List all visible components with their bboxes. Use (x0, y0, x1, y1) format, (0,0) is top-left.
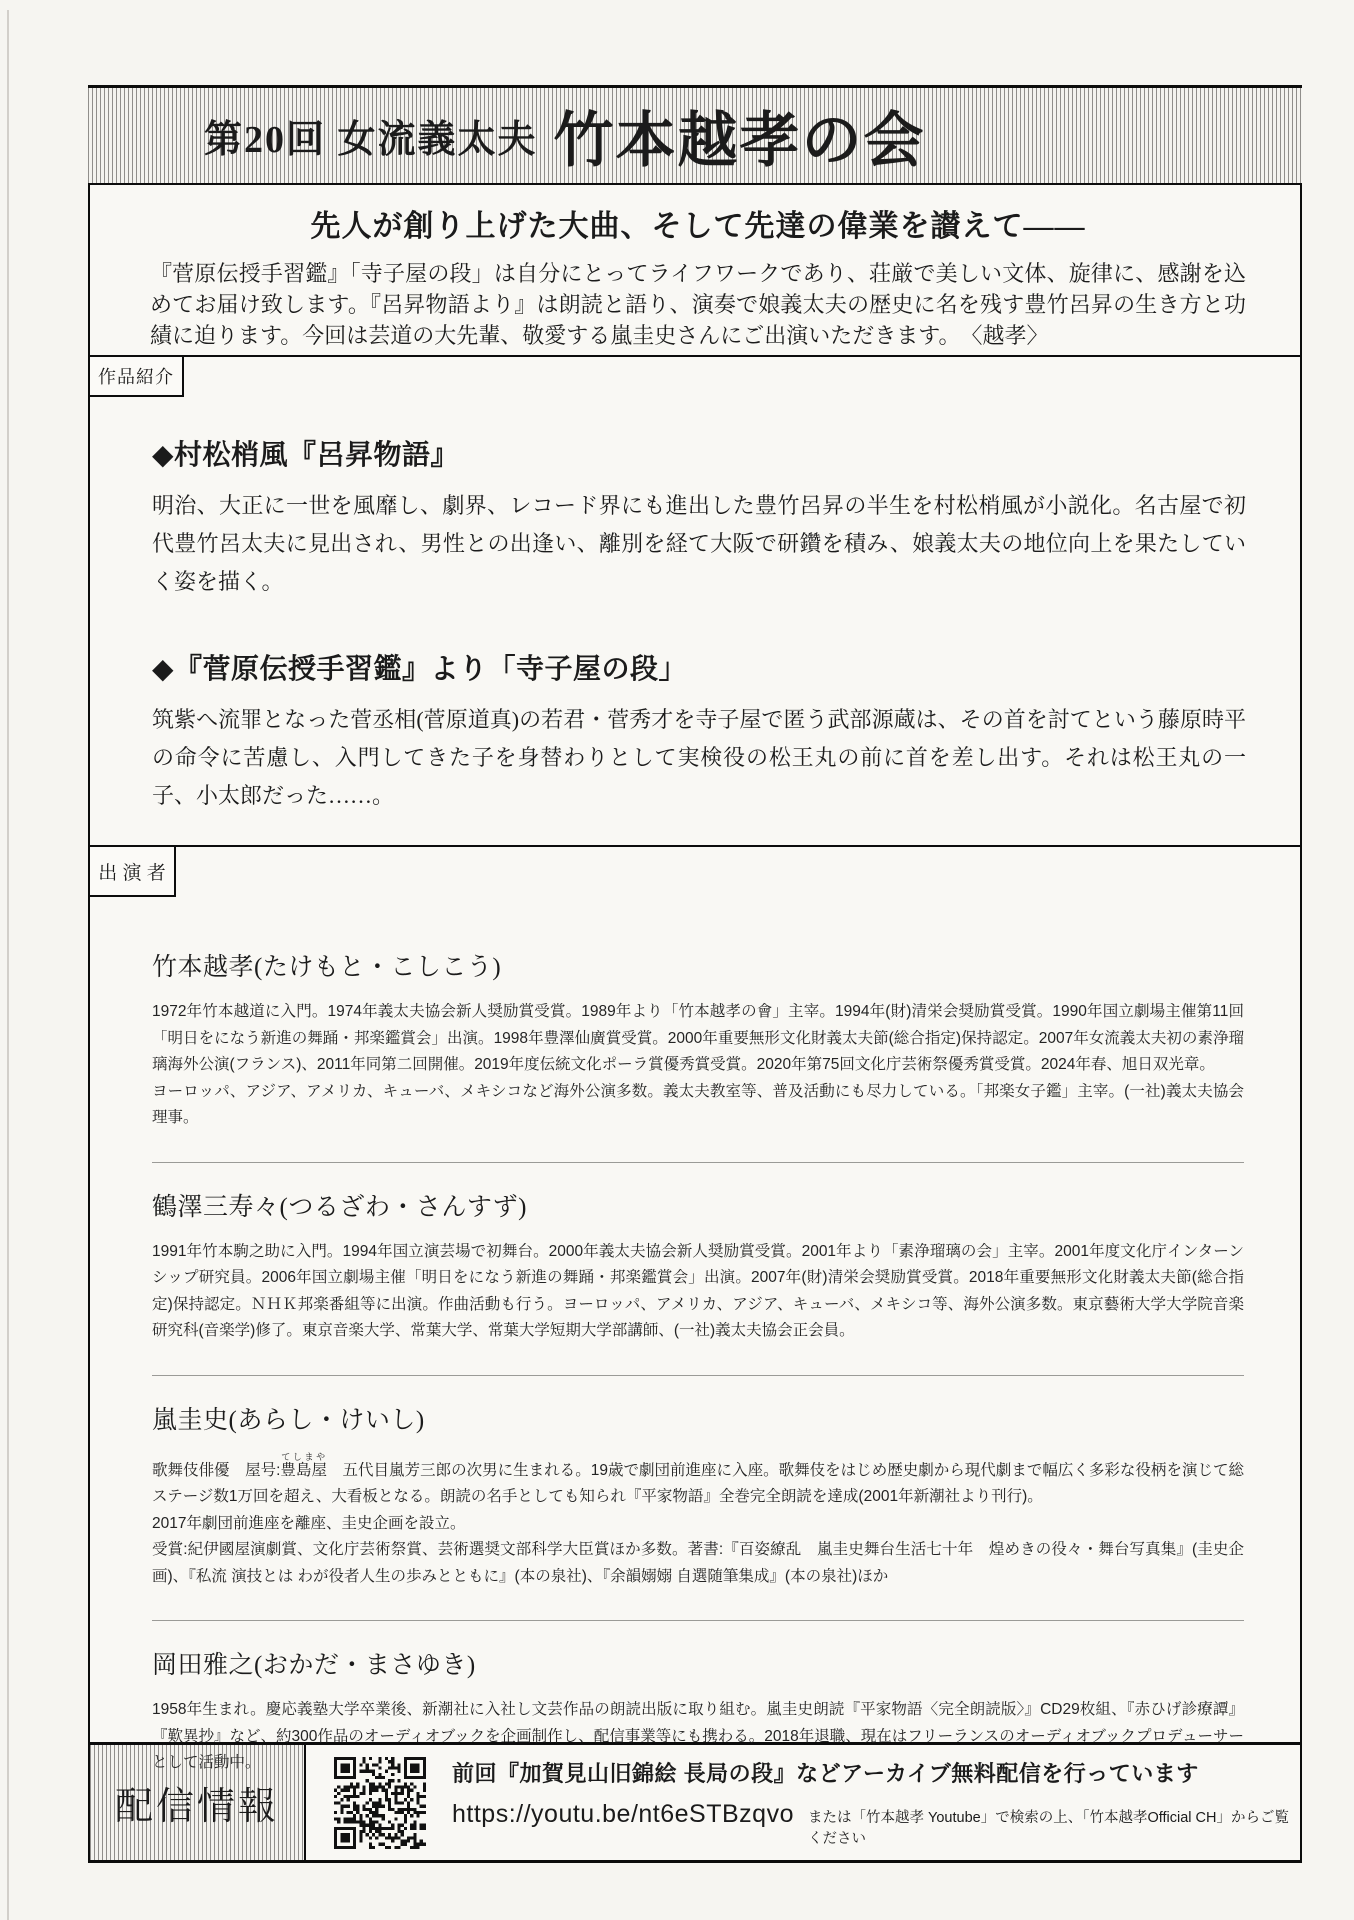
footer-search-hint: または「竹本越孝 Youtube」で検索の上、「竹本越孝Official CH」… (808, 1806, 1300, 1848)
scan-edge-line (7, 10, 9, 1920)
performer-bio-paragraph: 2017年劇団前進座を離座、圭史企画を設立。 (152, 1511, 1244, 1538)
performer-bio: 1958年生まれ。慶応義塾大学卒業後、新潮社に入社し文芸作品の朗読出版に取り組む… (152, 1697, 1244, 1777)
work-description: 明治、大正に一世を風靡し、劇界、レコード界にも進出した豊竹呂昇の半生を村松梢風が… (152, 487, 1246, 601)
intro-body: 『菅原伝授手習鑑』「寺子屋の段」は自分にとってライフワークであり、荘厳で美しい文… (150, 258, 1246, 351)
performer-name: 竹本越孝(たけもと・こしこう) (152, 947, 1244, 983)
intro-section: 先人が創り上げた大曲、そして先達の偉業を讃えて—— 『菅原伝授手習鑑』「寺子屋の… (90, 185, 1300, 355)
performer-bio-paragraph: 1958年生まれ。慶応義塾大学卒業後、新潮社に入社し文芸作品の朗読出版に取り組む… (152, 1697, 1244, 1777)
performer-bio-paragraph: ヨーロッパ、アジア、アメリカ、キューバ、メキシコなど海外公演多数。義太夫教室等、… (152, 1079, 1244, 1132)
performer-bio: 1972年竹本越道に入門。1974年義太夫協会新人奨励賞受賞。1989年より「竹… (152, 999, 1244, 1132)
ruby-base: 豊島屋 (280, 1462, 327, 1479)
performer-bio-paragraph: 歌舞伎俳優 屋号:豊島屋てしまや 五代目嵐芳三郎の次男に生まれる。19歳で劇団前… (152, 1452, 1244, 1511)
youtube-url: https://youtu.be/nt6eSTBzqvo (452, 1800, 794, 1829)
work-title: ◆『菅原伝授手習鑑』より「寺子屋の段」 (152, 601, 1246, 687)
work-title: ◆村松梢風『呂昇物語』 (152, 357, 1246, 473)
content-frame: 先人が創り上げた大曲、そして先達の偉業を讃えて—— 『菅原伝授手習鑑』「寺子屋の… (88, 185, 1302, 1863)
performer-bio-paragraph: 受賞:紀伊國屋演劇賞、文化庁芸術祭賞、芸術選奨文部科学大臣賞ほか多数。著書:『百… (152, 1537, 1244, 1590)
performers-label-tab: 出 演 者 (88, 845, 176, 897)
works-label-tab: 作品紹介 (88, 355, 184, 397)
title-band: 第20回 女流義太夫 竹本越孝の会 (88, 85, 1302, 185)
series-label: 第20回 女流義太夫 (204, 108, 538, 163)
intro-subtitle: 先人が創り上げた大曲、そして先達の偉業を讃えて—— (150, 201, 1246, 245)
performer-entry: 岡田雅之(おかだ・まさゆき) 1958年生まれ。慶応義塾大学卒業後、新潮社に入社… (152, 1620, 1244, 1777)
flyer-sheet: 第20回 女流義太夫 竹本越孝の会 先人が創り上げた大曲、そして先達の偉業を讃え… (88, 85, 1302, 1863)
performer-name: 嵐圭史(あらし・けいし) (152, 1400, 1244, 1436)
performer-bio-paragraph: 1991年竹本駒之助に入門。1994年国立演芸場で初舞台。2000年義太夫協会新… (152, 1239, 1244, 1345)
performer-name: 岡田雅之(おかだ・まさゆき) (152, 1645, 1244, 1681)
page-title: 竹本越孝の会 (554, 93, 926, 179)
performer-entry: 竹本越孝(たけもと・こしこう) 1972年竹本越道に入門。1974年義太夫協会新… (152, 847, 1244, 1162)
performer-entry: 鶴澤三寿々(つるざわ・さんすず) 1991年竹本駒之助に入門。1994年国立演芸… (152, 1162, 1244, 1375)
work-description: 筑紫へ流罪となった菅丞相(菅原道真)の若君・菅秀才を寺子屋で匿う武部源蔵は、その… (152, 701, 1246, 815)
works-section: 作品紹介 ◆村松梢風『呂昇物語』 明治、大正に一世を風靡し、劇界、レコード界にも… (90, 355, 1300, 845)
performer-entry: 嵐圭史(あらし・けいし) 歌舞伎俳優 屋号:豊島屋てしまや 五代目嵐芳三郎の次男… (152, 1375, 1244, 1621)
footer-link-line: https://youtu.be/nt6eSTBzqvo または「竹本越孝 Yo… (452, 1800, 1300, 1848)
ruby-reading: てしまや (280, 1452, 327, 1462)
performer-name: 鶴澤三寿々(つるざわ・さんすず) (152, 1187, 1244, 1223)
performer-bio-paragraph: 1972年竹本越道に入門。1974年義太夫協会新人奨励賞受賞。1989年より「竹… (152, 999, 1244, 1079)
performer-bio: 1991年竹本駒之助に入門。1994年国立演芸場で初舞台。2000年義太夫協会新… (152, 1239, 1244, 1345)
performers-section: 出 演 者 竹本越孝(たけもと・こしこう) 1972年竹本越道に入門。1974年… (90, 845, 1300, 1742)
bio-text: 歌舞伎俳優 屋号: (152, 1462, 280, 1479)
performer-bio: 歌舞伎俳優 屋号:豊島屋てしまや 五代目嵐芳三郎の次男に生まれる。19歳で劇団前… (152, 1452, 1244, 1591)
ruby-annotation: 豊島屋てしまや (280, 1462, 327, 1479)
